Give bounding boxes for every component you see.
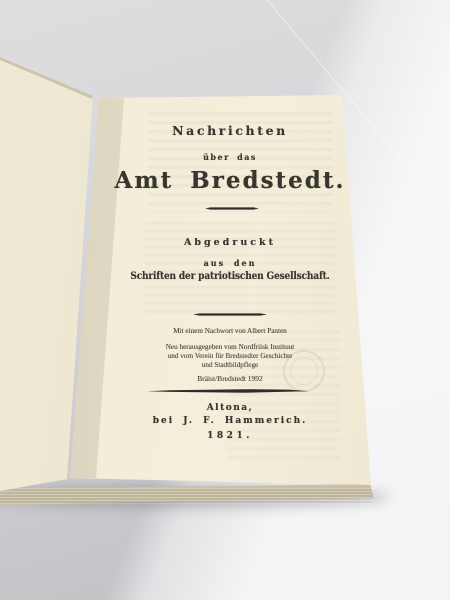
republisher-line3: und Stadtbildpflege xyxy=(103,361,357,369)
republisher-line1: Neu herausgegeben vom Nordfriisk Institu… xyxy=(103,343,357,351)
main-title: Amt Bredstedt. xyxy=(103,167,357,194)
series-subtitle: über das xyxy=(103,152,357,162)
page-block-edge-lines xyxy=(0,488,372,504)
ornamental-rule-top xyxy=(205,207,259,210)
original-imprint-place: Altona, xyxy=(103,403,357,413)
original-imprint-publisher: bei J. F. Hammerich. xyxy=(103,416,357,426)
republisher-line2: und vom Verein für Bredstedter Geschicht… xyxy=(103,352,357,360)
ornamental-rule-middle xyxy=(193,313,267,316)
reprint-note-line1: Abgedruckt xyxy=(103,237,357,248)
title-page-print: Nachrichten über das Amt Bredstedt. Abge… xyxy=(103,96,357,486)
original-imprint-year: 1821. xyxy=(103,431,357,441)
reprint-place-year: Bräist/Bredstedt 1992 xyxy=(103,374,357,383)
series-title: Nachrichten xyxy=(103,123,357,138)
afterword-note: Mit einem Nachwort von Albert Panten xyxy=(103,327,357,335)
swelled-rule-bottom xyxy=(147,389,309,393)
reprint-note-line2: aus den xyxy=(103,258,357,268)
reprint-note-line3: Schriften der patriotischen Gesellschaft… xyxy=(121,270,339,282)
photo-of-open-book: Nachrichten über das Amt Bredstedt. Abge… xyxy=(0,0,450,600)
